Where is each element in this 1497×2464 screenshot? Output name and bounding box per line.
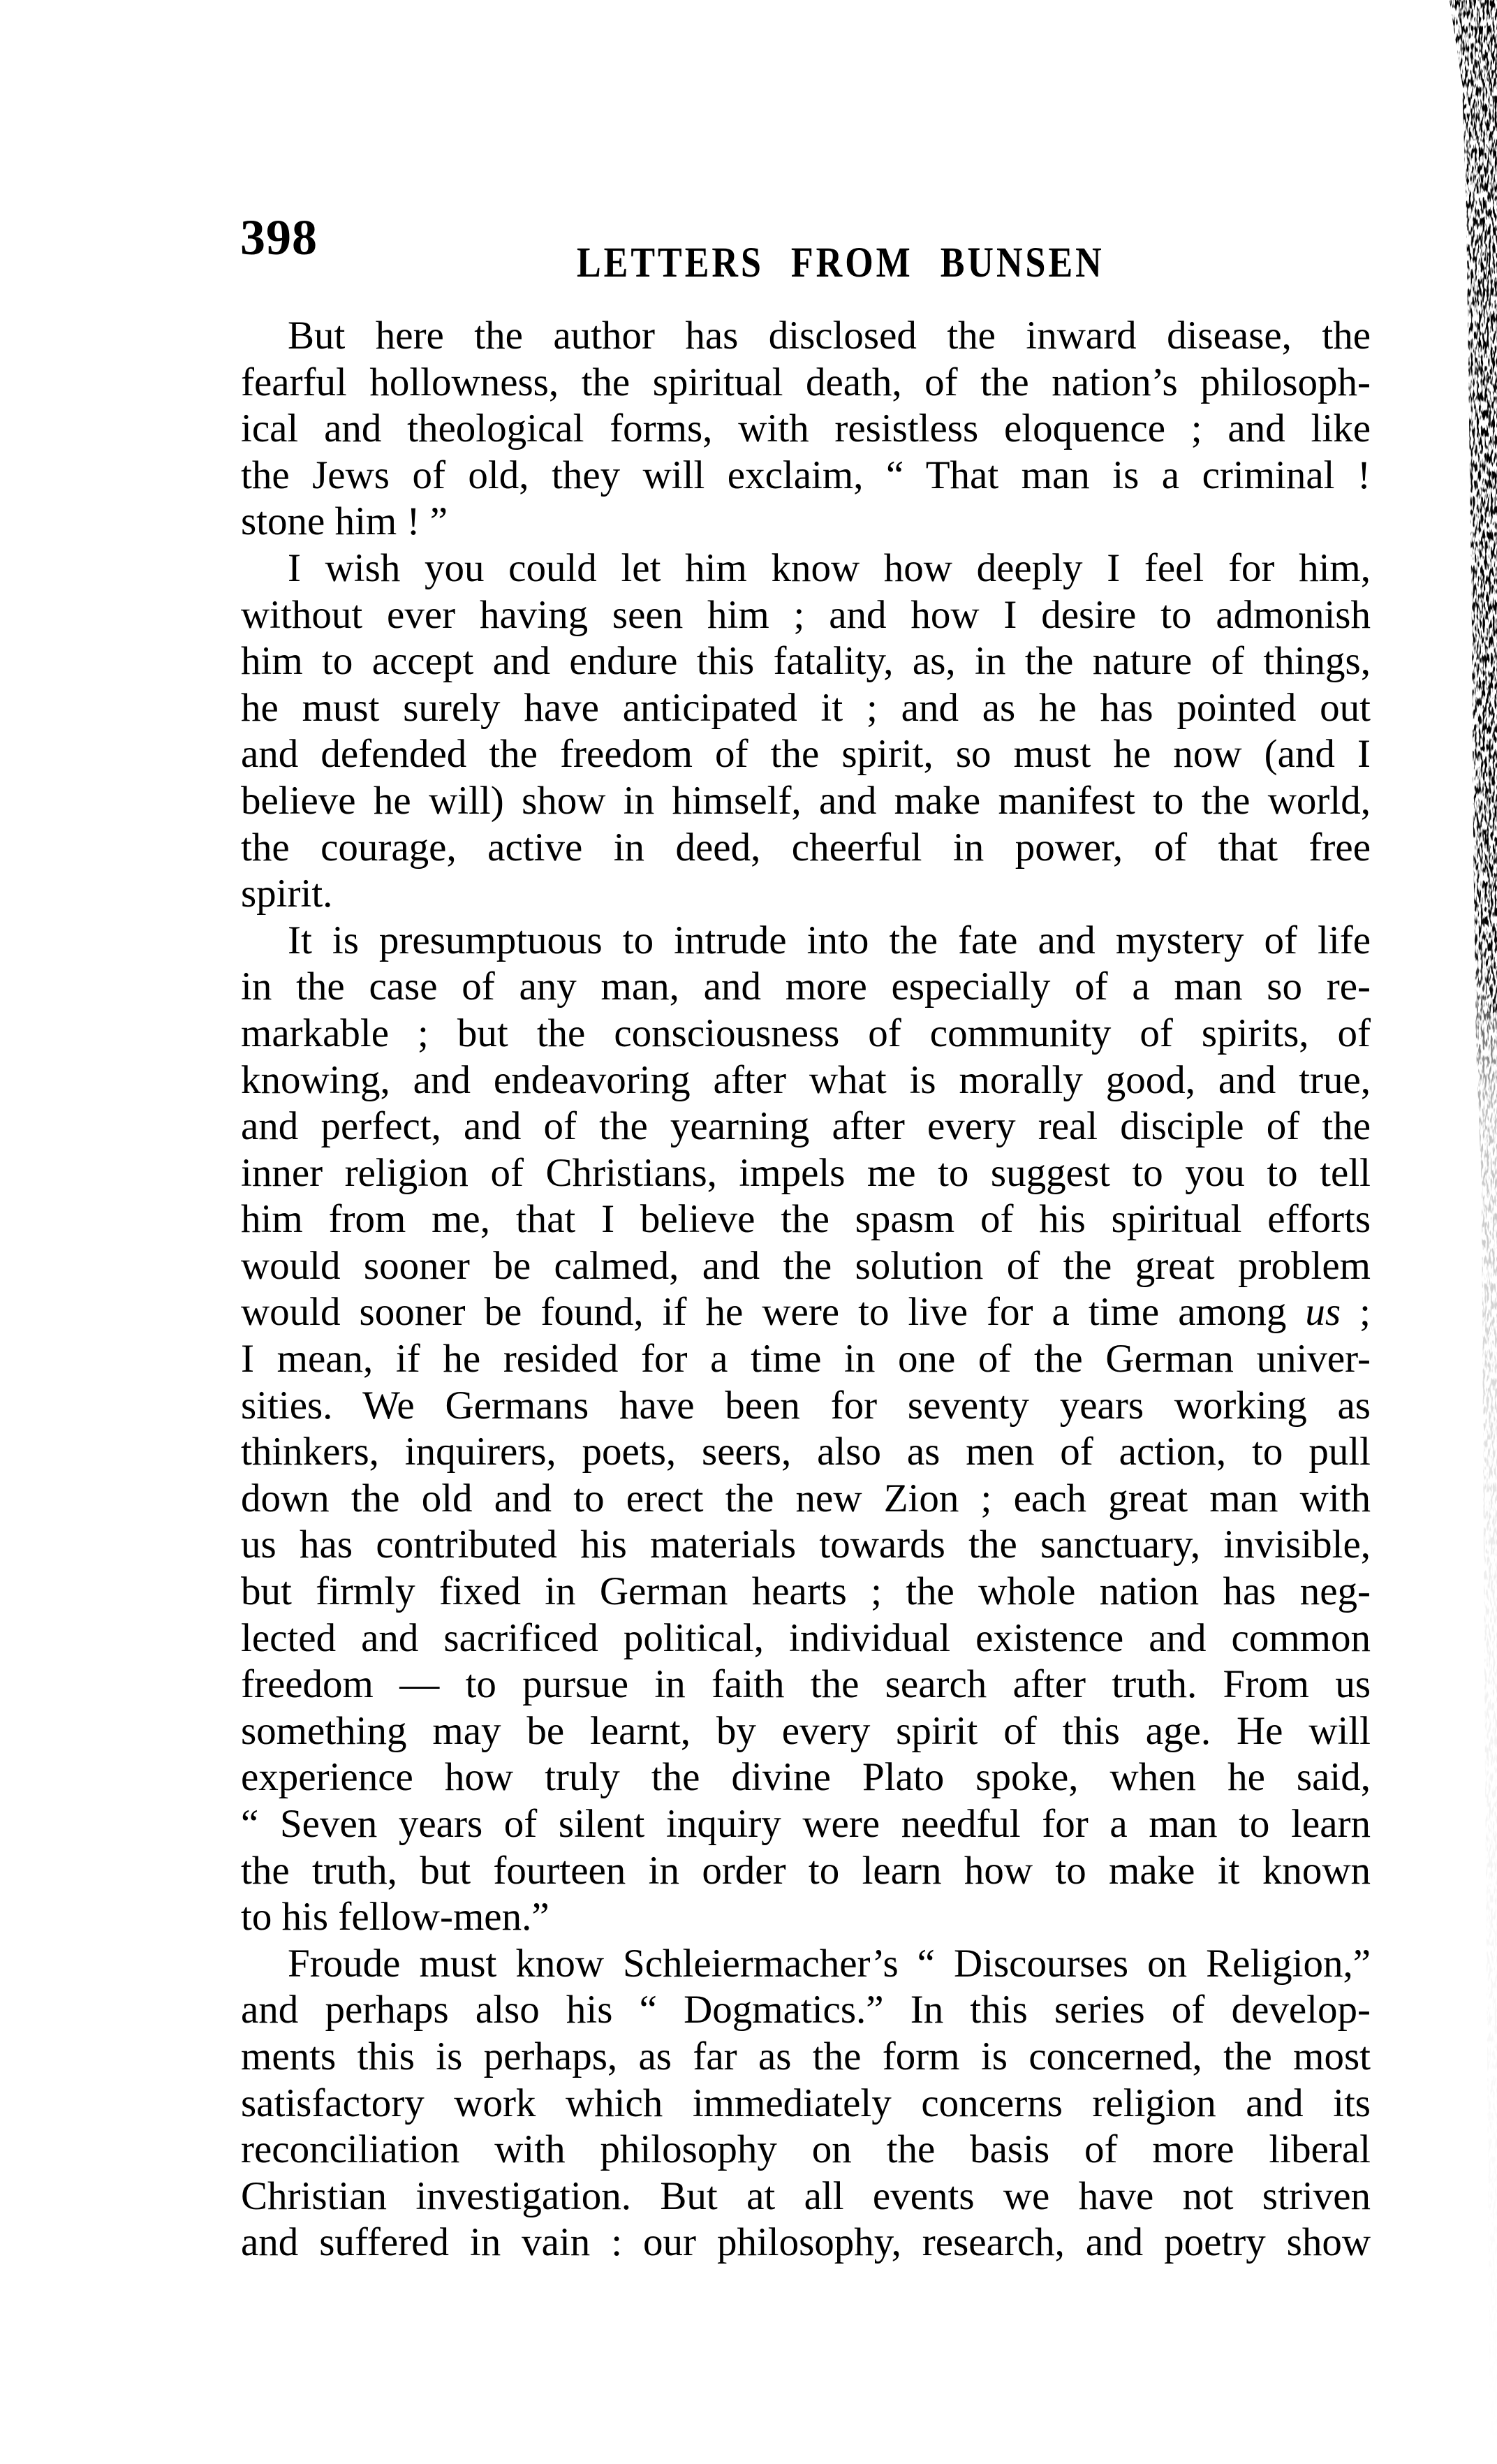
text-line: him to accept and endure this fatality, … bbox=[241, 638, 1371, 685]
text-line: knowing, and endeavoring after what is m… bbox=[241, 1057, 1371, 1104]
text-line: spirit. bbox=[241, 871, 1371, 918]
text-line: markable ; but the consciousness of comm… bbox=[241, 1011, 1371, 1057]
text-line: ments this is perhaps, as far as the for… bbox=[241, 2034, 1371, 2081]
text-line: he must surely have anticipated it ; and… bbox=[241, 685, 1371, 732]
text-line: to his fellow-men.” bbox=[241, 1894, 1371, 1941]
text-line: freedom — to pursue in faith the search … bbox=[241, 1662, 1371, 1708]
text-line: stone him ! ” bbox=[241, 499, 1371, 545]
text-line: the truth, but fourteen in order to lear… bbox=[241, 1848, 1371, 1895]
text-line: reconciliation with philosophy on the ba… bbox=[241, 2127, 1371, 2173]
text-line: ical and theological forms, with resistl… bbox=[241, 406, 1371, 453]
scan-binding-edge bbox=[1441, 0, 1497, 2464]
paragraph: Froude must know Schleiermacher’s “ Disc… bbox=[241, 1941, 1371, 2266]
text-line: I mean, if he resided for a time in one … bbox=[241, 1336, 1371, 1383]
text-line: the courage, active in deed, cheerful in… bbox=[241, 825, 1371, 872]
text-line: sities. We Germans have been for seventy… bbox=[241, 1383, 1371, 1430]
text-line: without ever having seen him ; and how I… bbox=[241, 592, 1371, 639]
text-line: and perfect, and of the yearning after e… bbox=[241, 1103, 1371, 1150]
text-line: lected and sacrificed political, individ… bbox=[241, 1615, 1371, 1662]
text-line: the Jews of old, they will exclaim, “ Th… bbox=[241, 453, 1371, 499]
text-line: I wish you could let him know how deeply… bbox=[241, 545, 1371, 592]
text-line: fearful hollowness, the spiritual death,… bbox=[241, 360, 1371, 406]
text-line: in the case of any man, and more especia… bbox=[241, 964, 1371, 1011]
text-line: thinkers, inquirers, poets, seers, also … bbox=[241, 1429, 1371, 1476]
text-line: It is presumptuous to intrude into the f… bbox=[241, 918, 1371, 965]
text-line: and defended the freedom of the spirit, … bbox=[241, 731, 1371, 778]
text-line: and perhaps also his “ Dogmatics.” In th… bbox=[241, 1987, 1371, 2034]
italic-emphasis: us bbox=[1305, 1290, 1341, 1334]
text-line: believe he will) show in himself, and ma… bbox=[241, 778, 1371, 825]
text-line: “ Seven years of silent inquiry were nee… bbox=[241, 1801, 1371, 1848]
paragraph: It is presumptuous to intrude into the f… bbox=[241, 918, 1371, 1941]
text-line: down the old and to erect the new Zion ;… bbox=[241, 1476, 1371, 1523]
text-line: would sooner be calmed, and the solution… bbox=[241, 1243, 1371, 1290]
text-line: Christian investigation. But at all even… bbox=[241, 2173, 1371, 2220]
text-line: him from me, that I believe the spasm of… bbox=[241, 1196, 1371, 1243]
text-line: something may be learnt, by every spirit… bbox=[241, 1708, 1371, 1755]
text-line-with-italic: would sooner be found, if he were to liv… bbox=[241, 1289, 1371, 1336]
paragraph: I wish you could let him know how deeply… bbox=[241, 545, 1371, 918]
text-line: but firmly fixed in German hearts ; the … bbox=[241, 1569, 1371, 1615]
text-line: But here the author has disclosed the in… bbox=[241, 313, 1371, 360]
text-line: satisfactory work which immediately conc… bbox=[241, 2081, 1371, 2127]
text-line: Froude must know Schleiermacher’s “ Disc… bbox=[241, 1941, 1371, 1988]
body-text: But here the author has disclosed the in… bbox=[241, 313, 1371, 2266]
text-line: and suffered in vain : our philosophy, r… bbox=[241, 2220, 1371, 2266]
text-segment: ; bbox=[1341, 1290, 1371, 1334]
running-head: LETTERS FROM BUNSEN bbox=[577, 230, 1052, 296]
paragraph: But here the author has disclosed the in… bbox=[241, 313, 1371, 545]
page-number: 398 bbox=[240, 210, 318, 265]
text-line: experience how truly the divine Plato sp… bbox=[241, 1754, 1371, 1801]
text-line: us has contributed his materials towards… bbox=[241, 1522, 1371, 1569]
text-line: inner religion of Christians, impels me … bbox=[241, 1150, 1371, 1197]
text-segment: would sooner be found, if he were to liv… bbox=[241, 1290, 1305, 1334]
